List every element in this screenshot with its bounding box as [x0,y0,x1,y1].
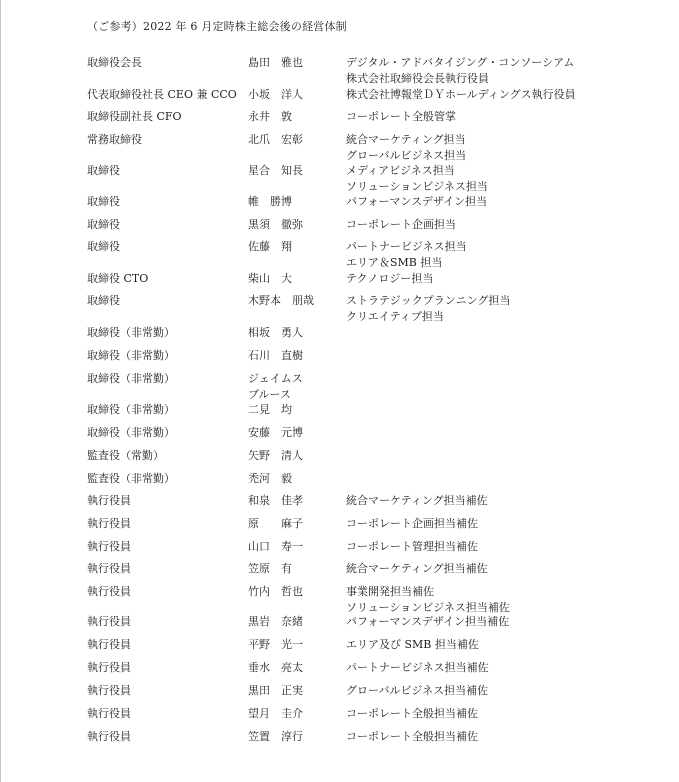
person-name-line: 木野本 朋哉 [248,293,314,309]
person-name-line: 和泉 佳孝 [248,493,303,509]
person-name: 垂水 亮太 [248,660,303,676]
person-name: 島田 雅也 [248,55,303,71]
management-row: 監査役（非常勤）禿河 毅 [1,471,679,487]
position-title: 取締役（非常勤） [87,348,175,364]
responsibility: グローバルビジネス担当補佐 [346,683,488,699]
responsibility: コーポレート全般担当補佐 [346,706,478,722]
management-row: 執行役員原 麻子コーポレート企画担当補佐 [1,516,679,532]
position-title: 執行役員 [87,614,131,630]
management-row: 執行役員山口 寿一コーポレート管理担当補佐 [1,539,679,555]
person-name: 笠原 有 [248,561,292,577]
responsibility-line: ストラテジックプランニング担当 [346,293,511,309]
person-name-line: 佐藤 翔 [248,239,292,255]
position-title: 取締役副社長 CFO [87,109,182,125]
responsibility-line: デジタル・アドバタイジング・コンソーシアム [346,55,574,71]
position-title: 代表取締役社長 CEO 兼 CCO [87,87,237,103]
person-name-line: 帷 勝博 [248,194,292,210]
person-name: 二見 均 [248,402,292,418]
management-row: 執行役員竹内 哲也事業開発担当補佐ソリューションビジネス担当補佐 [1,584,679,600]
position-title: 執行役員 [87,729,131,745]
person-name: 柴山 大 [248,271,292,287]
person-name: 望月 圭介 [248,706,303,722]
person-name: 木野本 朋哉 [248,293,314,309]
person-name: 黒岩 奈緒 [248,614,303,630]
responsibility: エリア及び SMB 担当補佐 [346,637,479,653]
responsibility-line: コーポレート企画担当補佐 [346,516,478,532]
responsibility: パフォーマンスデザイン担当補佐 [346,614,509,630]
position-title: 取締役 [87,239,120,255]
responsibility: デジタル・アドバタイジング・コンソーシアム株式会社取締役会長執行役員 [346,55,574,86]
person-name-line: 平野 光一 [248,637,303,653]
person-name-line: 原 麻子 [248,516,303,532]
person-name-line: 石川 直樹 [248,348,303,364]
person-name-line: 垂水 亮太 [248,660,303,676]
person-name: 和泉 佳孝 [248,493,303,509]
person-name-line: 二見 均 [248,402,292,418]
person-name-line: 竹内 哲也 [248,584,303,600]
position-title: 執行役員 [87,706,131,722]
person-name-line: 北爪 宏彰 [248,132,303,148]
person-name-line: 星合 知長 [248,163,303,179]
position-title: 取締役 [87,217,120,233]
person-name-line: 黒須 徹弥 [248,217,303,233]
responsibility-line: 株式会社博報堂ＤＹホールディングス執行役員 [346,87,576,103]
management-row: 執行役員黒岩 奈緒パフォーマンスデザイン担当補佐 [1,614,679,630]
position-title: 取締役（非常勤） [87,371,175,387]
person-name-line: 相坂 勇人 [248,325,303,341]
person-name: 佐藤 翔 [248,239,292,255]
person-name: 北爪 宏彰 [248,132,303,148]
responsibility: ストラテジックプランニング担当クリエイティブ担当 [346,293,511,324]
person-name: 帷 勝博 [248,194,292,210]
management-row: 執行役員笠置 淳行コーポレート全般担当補佐 [1,729,679,745]
position-title: 執行役員 [87,584,131,600]
responsibility-line: 統合マーケティング担当補佐 [346,493,488,509]
person-name-line: 柴山 大 [248,271,292,287]
management-row: 取締役帷 勝博パフォーマンスデザイン担当 [1,194,679,210]
responsibility-line: パートナービジネス担当補佐 [346,660,489,676]
responsibility: コーポレート企画担当補佐 [346,516,478,532]
responsibility-line: グローバルビジネス担当 [346,148,466,164]
responsibility: メディアビジネス担当ソリューションビジネス担当 [346,163,488,194]
person-name-line: ブルース [248,387,303,403]
position-title: 監査役（常勤） [87,448,164,464]
person-name-line: 安藤 元博 [248,425,303,441]
responsibility: 統合マーケティング担当補佐 [346,561,488,577]
responsibility-line: エリア＆SMB 担当 [346,255,467,271]
person-name-line: ジェイムス [248,371,303,387]
person-name: 小坂 洋人 [248,87,303,103]
responsibility-line: コーポレート管理担当補佐 [346,539,478,555]
person-name-line: 禿河 毅 [248,471,292,487]
responsibility-line: ソリューションビジネス担当 [346,179,488,195]
responsibility-line: 株式会社取締役会長執行役員 [346,71,574,87]
management-row: 取締役木野本 朋哉ストラテジックプランニング担当クリエイティブ担当 [1,293,679,309]
position-title: 執行役員 [87,683,131,699]
management-row: 取締役 CTO柴山 大テクノロジー担当 [1,271,679,287]
person-name: 山口 寿一 [248,539,303,555]
position-title: 取締役（非常勤） [87,425,175,441]
responsibility-line: ソリューションビジネス担当補佐 [346,600,510,616]
position-title: 取締役 [87,163,120,179]
person-name: 笠置 淳行 [248,729,303,745]
management-row: 執行役員平野 光一エリア及び SMB 担当補佐 [1,637,679,653]
person-name: 相坂 勇人 [248,325,303,341]
responsibility-line: コーポレート全般担当補佐 [346,706,478,722]
position-title: 執行役員 [87,660,131,676]
responsibility: 事業開発担当補佐ソリューションビジネス担当補佐 [346,584,510,615]
position-title: 執行役員 [87,539,131,555]
person-name: 黒須 徹弥 [248,217,303,233]
responsibility: コーポレート企画担当 [346,217,456,233]
person-name: 石川 直樹 [248,348,303,364]
management-row: 監査役（常勤）矢野 清人 [1,448,679,464]
person-name-line: 笠原 有 [248,561,292,577]
responsibility: パートナービジネス担当エリア＆SMB 担当 [346,239,467,270]
responsibility-line: 統合マーケティング担当 [346,132,466,148]
person-name-line: 山口 寿一 [248,539,303,555]
position-title: 取締役 CTO [87,271,148,287]
responsibility-line: メディアビジネス担当 [346,163,488,179]
responsibility: コーポレート全般管掌 [346,109,456,125]
person-name: 矢野 清人 [248,448,303,464]
management-row: 取締役黒須 徹弥コーポレート企画担当 [1,217,679,233]
position-title: 常務取締役 [87,132,142,148]
management-row: 取締役（非常勤）安藤 元博 [1,425,679,441]
person-name-line: 黒田 正実 [248,683,303,699]
management-row: 執行役員黒田 正実グローバルビジネス担当補佐 [1,683,679,699]
position-title: 取締役会長 [87,55,142,71]
person-name-line: 黒岩 奈緒 [248,614,303,630]
responsibility: 株式会社博報堂ＤＹホールディングス執行役員 [346,87,576,103]
position-title: 取締役（非常勤） [87,325,175,341]
person-name-line: 望月 圭介 [248,706,303,722]
responsibility: コーポレート全般担当補佐 [346,729,478,745]
responsibility: コーポレート管理担当補佐 [346,539,478,555]
management-row: 常務取締役北爪 宏彰統合マーケティング担当グローバルビジネス担当 [1,132,679,148]
person-name: 禿河 毅 [248,471,292,487]
responsibility-line: クリエイティブ担当 [346,309,511,325]
management-row: 取締役（非常勤）二見 均 [1,402,679,418]
person-name: 竹内 哲也 [248,584,303,600]
responsibility-line: コーポレート企画担当 [346,217,456,233]
responsibility: パートナービジネス担当補佐 [346,660,489,676]
management-row: 代表取締役社長 CEO 兼 CCO小坂 洋人株式会社博報堂ＤＹホールディングス執… [1,87,679,103]
management-row: 取締役（非常勤）ジェイムスブルース [1,371,679,387]
person-name: 星合 知長 [248,163,303,179]
document-title: （ご参考）2022 年 6 月定時株主総会後の経営体制 [87,19,347,35]
person-name: 黒田 正実 [248,683,303,699]
person-name-line: 矢野 清人 [248,448,303,464]
person-name: 平野 光一 [248,637,303,653]
person-name: 永井 敦 [248,109,292,125]
responsibility-line: パフォーマンスデザイン担当補佐 [346,614,509,630]
responsibility: パフォーマンスデザイン担当 [346,194,487,210]
responsibility-line: コーポレート全般担当補佐 [346,729,478,745]
person-name-line: 永井 敦 [248,109,292,125]
responsibility-line: グローバルビジネス担当補佐 [346,683,488,699]
position-title: 執行役員 [87,637,131,653]
responsibility-line: パートナービジネス担当 [346,239,467,255]
document-page: （ご参考）2022 年 6 月定時株主総会後の経営体制 取締役会長島田 雅也デジ… [0,0,679,782]
position-title: 監査役（非常勤） [87,471,175,487]
management-row: 取締役（非常勤）石川 直樹 [1,348,679,364]
management-row: 取締役佐藤 翔パートナービジネス担当エリア＆SMB 担当 [1,239,679,255]
management-row: 執行役員垂水 亮太パートナービジネス担当補佐 [1,660,679,676]
responsibility: 統合マーケティング担当グローバルビジネス担当 [346,132,466,163]
position-title: 取締役 [87,194,120,210]
person-name-line: 笠置 淳行 [248,729,303,745]
person-name: 原 麻子 [248,516,303,532]
position-title: 執行役員 [87,516,131,532]
person-name-line: 小坂 洋人 [248,87,303,103]
responsibility-line: 統合マーケティング担当補佐 [346,561,488,577]
responsibility-line: エリア及び SMB 担当補佐 [346,637,479,653]
management-row: 取締役会長島田 雅也デジタル・アドバタイジング・コンソーシアム株式会社取締役会長… [1,55,679,71]
responsibility: 統合マーケティング担当補佐 [346,493,488,509]
management-row: 執行役員和泉 佳孝統合マーケティング担当補佐 [1,493,679,509]
position-title: 取締役（非常勤） [87,402,175,418]
management-row: 取締役星合 知長メディアビジネス担当ソリューションビジネス担当 [1,163,679,179]
position-title: 執行役員 [87,561,131,577]
management-row: 執行役員笠原 有統合マーケティング担当補佐 [1,561,679,577]
responsibility-line: テクノロジー担当 [346,271,433,287]
management-row: 取締役副社長 CFO永井 敦コーポレート全般管掌 [1,109,679,125]
responsibility-line: 事業開発担当補佐 [346,584,510,600]
responsibility-line: パフォーマンスデザイン担当 [346,194,487,210]
person-name-line: 島田 雅也 [248,55,303,71]
person-name: ジェイムスブルース [248,371,303,402]
position-title: 執行役員 [87,493,131,509]
responsibility-line: コーポレート全般管掌 [346,109,456,125]
management-row: 執行役員望月 圭介コーポレート全般担当補佐 [1,706,679,722]
responsibility: テクノロジー担当 [346,271,433,287]
person-name: 安藤 元博 [248,425,303,441]
management-row: 取締役（非常勤）相坂 勇人 [1,325,679,341]
position-title: 取締役 [87,293,120,309]
